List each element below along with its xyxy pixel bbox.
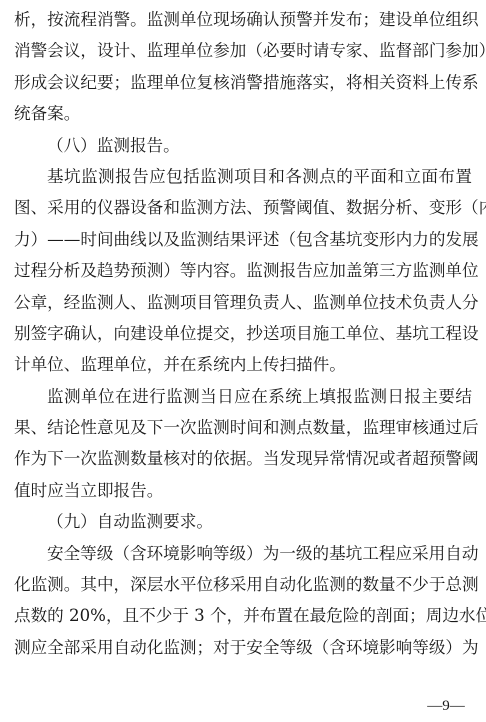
text-line: 统备案。 [14, 98, 472, 129]
text-line: 值时应当立即报告。 [14, 475, 472, 506]
section-heading-automatic-monitoring: （九）自动监测要求。 [14, 506, 472, 537]
paragraph-alert-clearing: 析，按流程消警。监测单位现场确认预警并发布；建设单位组织 消警会议，设计、监理单… [14, 4, 472, 130]
document-page: 析，按流程消警。监测单位现场确认预警并发布；建设单位组织 消警会议，设计、监理单… [14, 4, 472, 663]
text-line: 测应全部采用自动化监测；对于安全等级（含环境影响等级）为 [14, 632, 472, 663]
text-line: 点数的 20%，且不少于 3 个，并布置在最危险的剖面；周边水位监 [14, 600, 472, 631]
section-heading-monitoring-report: （八）监测报告。 [14, 130, 472, 161]
paragraph-automatic-monitoring: 安全等级（含环境影响等级）为一级的基坑工程应采用自动 化监测。其中，深层水平位移… [14, 538, 472, 664]
text-line: 图、采用的仪器设备和监测方法、预警阈值、数据分析、变形（内 [14, 192, 472, 223]
text-line: 基坑监测报告应包括监测项目和各测点的平面和立面布置 [14, 161, 472, 192]
text-line: 力）——时间曲线以及监测结果评述（包含基坑变形内力的发展 [14, 224, 472, 255]
text-line: 别签字确认，向建设单位提交，抄送项目施工单位、基坑工程设 [14, 318, 472, 349]
text-line: 监测单位在进行监测当日应在系统上填报监测日报主要结 [14, 381, 472, 412]
text-line: 化监测。其中，深层水平位移采用自动化监测的数量不少于总测 [14, 569, 472, 600]
paragraph-daily-report: 监测单位在进行监测当日应在系统上填报监测日报主要结 果、结论性意见及下一次监测时… [14, 381, 472, 507]
text-line: 消警会议，设计、监理单位参加（必要时请专家、监督部门参加）， [14, 35, 472, 66]
text-line: 作为下一次监测数量核对的依据。当发现异常情况或者超预警阈 [14, 443, 472, 474]
text-line: 安全等级（含环境影响等级）为一级的基坑工程应采用自动 [14, 538, 472, 569]
text-line: 形成会议纪要；监理单位复核消警措施落实，将相关资料上传系 [14, 67, 472, 98]
paragraph-monitoring-report: 基坑监测报告应包括监测项目和各测点的平面和立面布置 图、采用的仪器设备和监测方法… [14, 161, 472, 381]
page-number: —9— [424, 698, 468, 715]
text-line: 公章，经监测人、监测项目管理负责人、监测单位技术负责人分 [14, 287, 472, 318]
text-line: 析，按流程消警。监测单位现场确认预警并发布；建设单位组织 [14, 4, 472, 35]
text-line: 果、结论性意见及下一次监测时间和测点数量，监理审核通过后 [14, 412, 472, 443]
text-line: 过程分析及趋势预测）等内容。监测报告应加盖第三方监测单位 [14, 255, 472, 286]
text-line: 计单位、监理单位，并在系统内上传扫描件。 [14, 349, 472, 380]
